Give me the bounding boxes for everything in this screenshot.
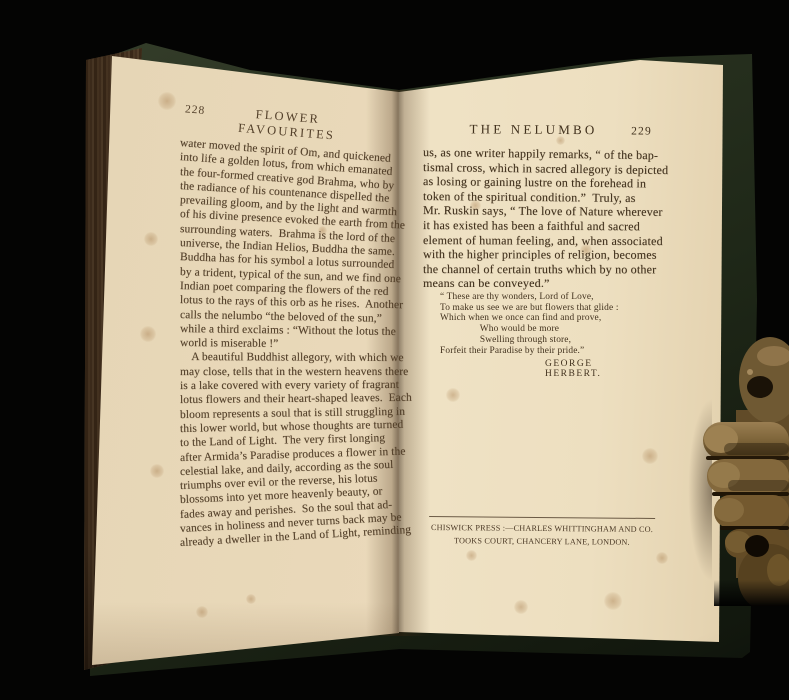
body-text-line: the channel of certain truths which by n… (423, 262, 652, 277)
left-page-header: 228 FLOWER FAVOURITES (179, 101, 391, 134)
open-book-photo: 228 FLOWER FAVOURITES water moved the sp… (0, 0, 789, 700)
printer-colophon: CHISWICK PRESS :—CHARLES WHITTINGHAM AND… (429, 516, 655, 550)
right-running-title: THE NELUMBO (423, 121, 618, 138)
left-page-number: 228 (185, 103, 206, 117)
poem-line: Forfeit their Paradise by their pride.” (440, 346, 652, 357)
poem-quote: “ These are thy wonders, Lord of Love,To… (440, 292, 652, 357)
right-page-number: 229 (618, 125, 652, 137)
left-page-body: water moved the spirit of Om, and quicke… (180, 136, 391, 551)
body-text-line: means can be conveyed.” (423, 276, 652, 291)
body-text-line: may close, tells that in the western hea… (180, 365, 391, 379)
colophon-line: TOOKS COURT, CHANCERY LANE, LONDON. (429, 535, 655, 550)
body-text-line: it has existed has been a faithful and s… (423, 218, 652, 234)
poem-line: To make us see we are but flowers that g… (440, 303, 652, 314)
poem-line: Swelling through store, (440, 335, 652, 346)
brass-hand-icon (694, 330, 789, 606)
body-text-line: with the higher principles of religion, … (423, 247, 652, 262)
body-text-line: A beautiful Buddhist allegory, with whic… (180, 350, 391, 365)
body-text-line: element of human feeling, and, when asso… (423, 233, 652, 249)
right-page-text: THE NELUMBO 229 us, as one writer happil… (423, 121, 652, 379)
poem-line: Which when we once can find and prove, (440, 313, 652, 324)
left-page-text: 228 FLOWER FAVOURITES water moved the sp… (180, 101, 391, 551)
right-page-body: us, as one writer happily remarks, “ of … (423, 145, 652, 291)
right-page-header: THE NELUMBO 229 (423, 121, 652, 139)
poem-line: “ These are thy wonders, Lord of Love, (440, 292, 652, 303)
poem-line: Who would be more (440, 324, 652, 335)
poem-attribution: GEORGE HERBERT. (545, 359, 652, 379)
